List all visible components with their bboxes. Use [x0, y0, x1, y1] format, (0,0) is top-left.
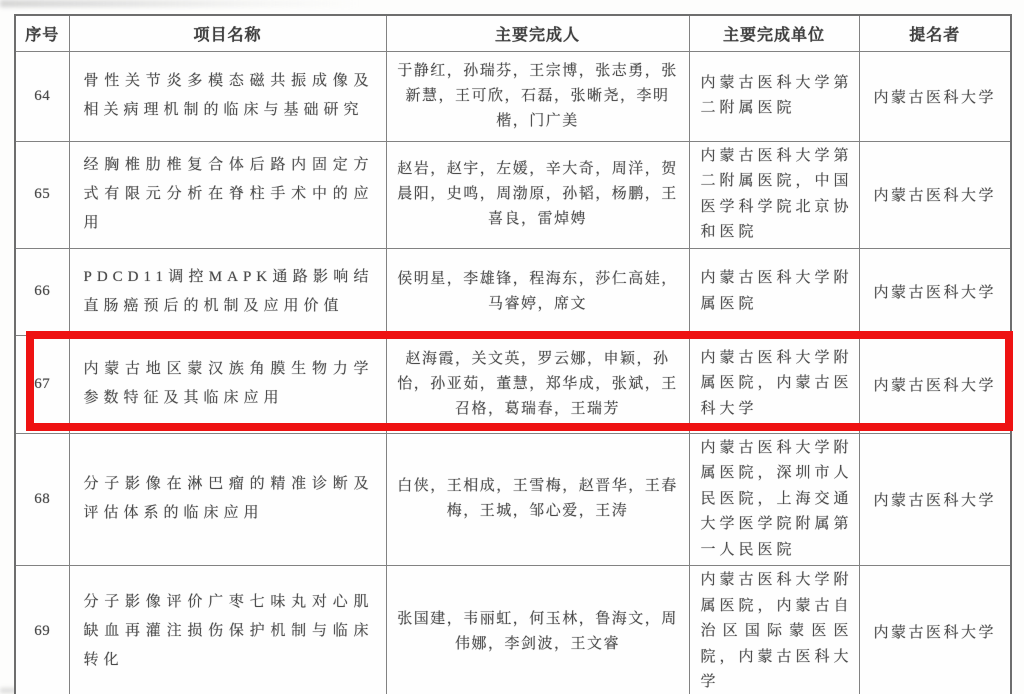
row-number: 65 [15, 141, 69, 248]
nominator: 内蒙古医科大学 [859, 141, 1011, 248]
nominator: 内蒙古医科大学 [859, 433, 1011, 566]
nominator: 内蒙古医科大学 [859, 566, 1011, 694]
main-contributors: 张国建，韦丽虹，何玉林，鲁海文，周伟娜，李剑波，王文睿 [386, 566, 689, 694]
main-units: 内蒙古医科大学附属医院，内蒙古医科大学 [689, 335, 859, 433]
project-name: 分子影像评价广枣七味丸对心肌缺血再灌注损伤保护机制与临床转化 [69, 566, 386, 694]
header-nominator: 提名者 [859, 15, 1011, 51]
main-units: 内蒙古医科大学第二附属医院，中国医学科学院北京协和医院 [689, 141, 859, 248]
header-project-name: 项目名称 [69, 15, 386, 51]
nominator: 内蒙古医科大学 [859, 51, 1011, 141]
main-contributors: 赵海霞，关文英，罗云娜，申颖，孙怡，孙亚茹，董慧，郑华成，张斌，王召格，葛瑞春，… [386, 335, 689, 433]
header-serial-number: 序号 [15, 15, 69, 51]
row-number: 69 [15, 566, 69, 694]
project-name: PDCD11调控MAPK通路影响结直肠癌预后的机制及应用价值 [69, 248, 386, 335]
main-contributors: 于静红，孙瑞芬，王宗博，张志勇，张新慧，王可欣，石磊，张晰尧，李明楷，门广美 [386, 51, 689, 141]
table-row-highlighted: 67 内蒙古地区蒙汉族角膜生物力学参数特征及其临床应用 赵海霞，关文英，罗云娜，… [15, 335, 1011, 433]
main-units: 内蒙古医科大学附属医院，深圳市人民医院，上海交通大学医学院附属第一人民医院 [689, 433, 859, 566]
project-name: 骨性关节炎多模态磁共振成像及相关病理机制的临床与基础研究 [69, 51, 386, 141]
award-projects-table: 序号 项目名称 主要完成人 主要完成单位 提名者 64 骨性关节炎多模态磁共振成… [14, 14, 1012, 694]
main-contributors: 白侠，王相成，王雪梅，赵晋华，王春梅，王城，邹心爱，王涛 [386, 433, 689, 566]
project-name: 分子影像在淋巴瘤的精准诊断及评估体系的临床应用 [69, 433, 386, 566]
row-number: 67 [15, 335, 69, 433]
header-main-units: 主要完成单位 [689, 15, 859, 51]
main-units: 内蒙古医科大学附属医院，内蒙古自治区国际蒙医医院，内蒙古医科大学 [689, 566, 859, 694]
project-name: 经胸椎肋椎复合体后路内固定方式有限元分析在脊柱手术中的应用 [69, 141, 386, 248]
nominator: 内蒙古医科大学 [859, 335, 1011, 433]
table-row: 68 分子影像在淋巴瘤的精准诊断及评估体系的临床应用 白侠，王相成，王雪梅，赵晋… [15, 433, 1011, 566]
main-contributors: 侯明星，李雄锋，程海东，莎仁高娃，马睿婷，席文 [386, 248, 689, 335]
nominator: 内蒙古医科大学 [859, 248, 1011, 335]
main-units: 内蒙古医科大学附属医院 [689, 248, 859, 335]
row-number: 64 [15, 51, 69, 141]
table-row: 66 PDCD11调控MAPK通路影响结直肠癌预后的机制及应用价值 侯明星，李雄… [15, 248, 1011, 335]
table-header-row: 序号 项目名称 主要完成人 主要完成单位 提名者 [15, 15, 1011, 51]
table-row: 64 骨性关节炎多模态磁共振成像及相关病理机制的临床与基础研究 于静红，孙瑞芬，… [15, 51, 1011, 141]
row-number: 68 [15, 433, 69, 566]
row-number: 66 [15, 248, 69, 335]
main-units: 内蒙古医科大学第二附属医院 [689, 51, 859, 141]
header-main-contributors: 主要完成人 [386, 15, 689, 51]
scanned-document-page: 序号 项目名称 主要完成人 主要完成单位 提名者 64 骨性关节炎多模态磁共振成… [0, 0, 1024, 694]
scan-artifact [0, 0, 360, 7]
project-name: 内蒙古地区蒙汉族角膜生物力学参数特征及其临床应用 [69, 335, 386, 433]
table-row: 69 分子影像评价广枣七味丸对心肌缺血再灌注损伤保护机制与临床转化 张国建，韦丽… [15, 566, 1011, 694]
table-row: 65 经胸椎肋椎复合体后路内固定方式有限元分析在脊柱手术中的应用 赵岩，赵宇，左… [15, 141, 1011, 248]
main-contributors: 赵岩，赵宇，左媛，辛大奇，周洋，贺晨阳，史鸣，周渤原，孙韬，杨鹏，王喜良，雷焯娉 [386, 141, 689, 248]
